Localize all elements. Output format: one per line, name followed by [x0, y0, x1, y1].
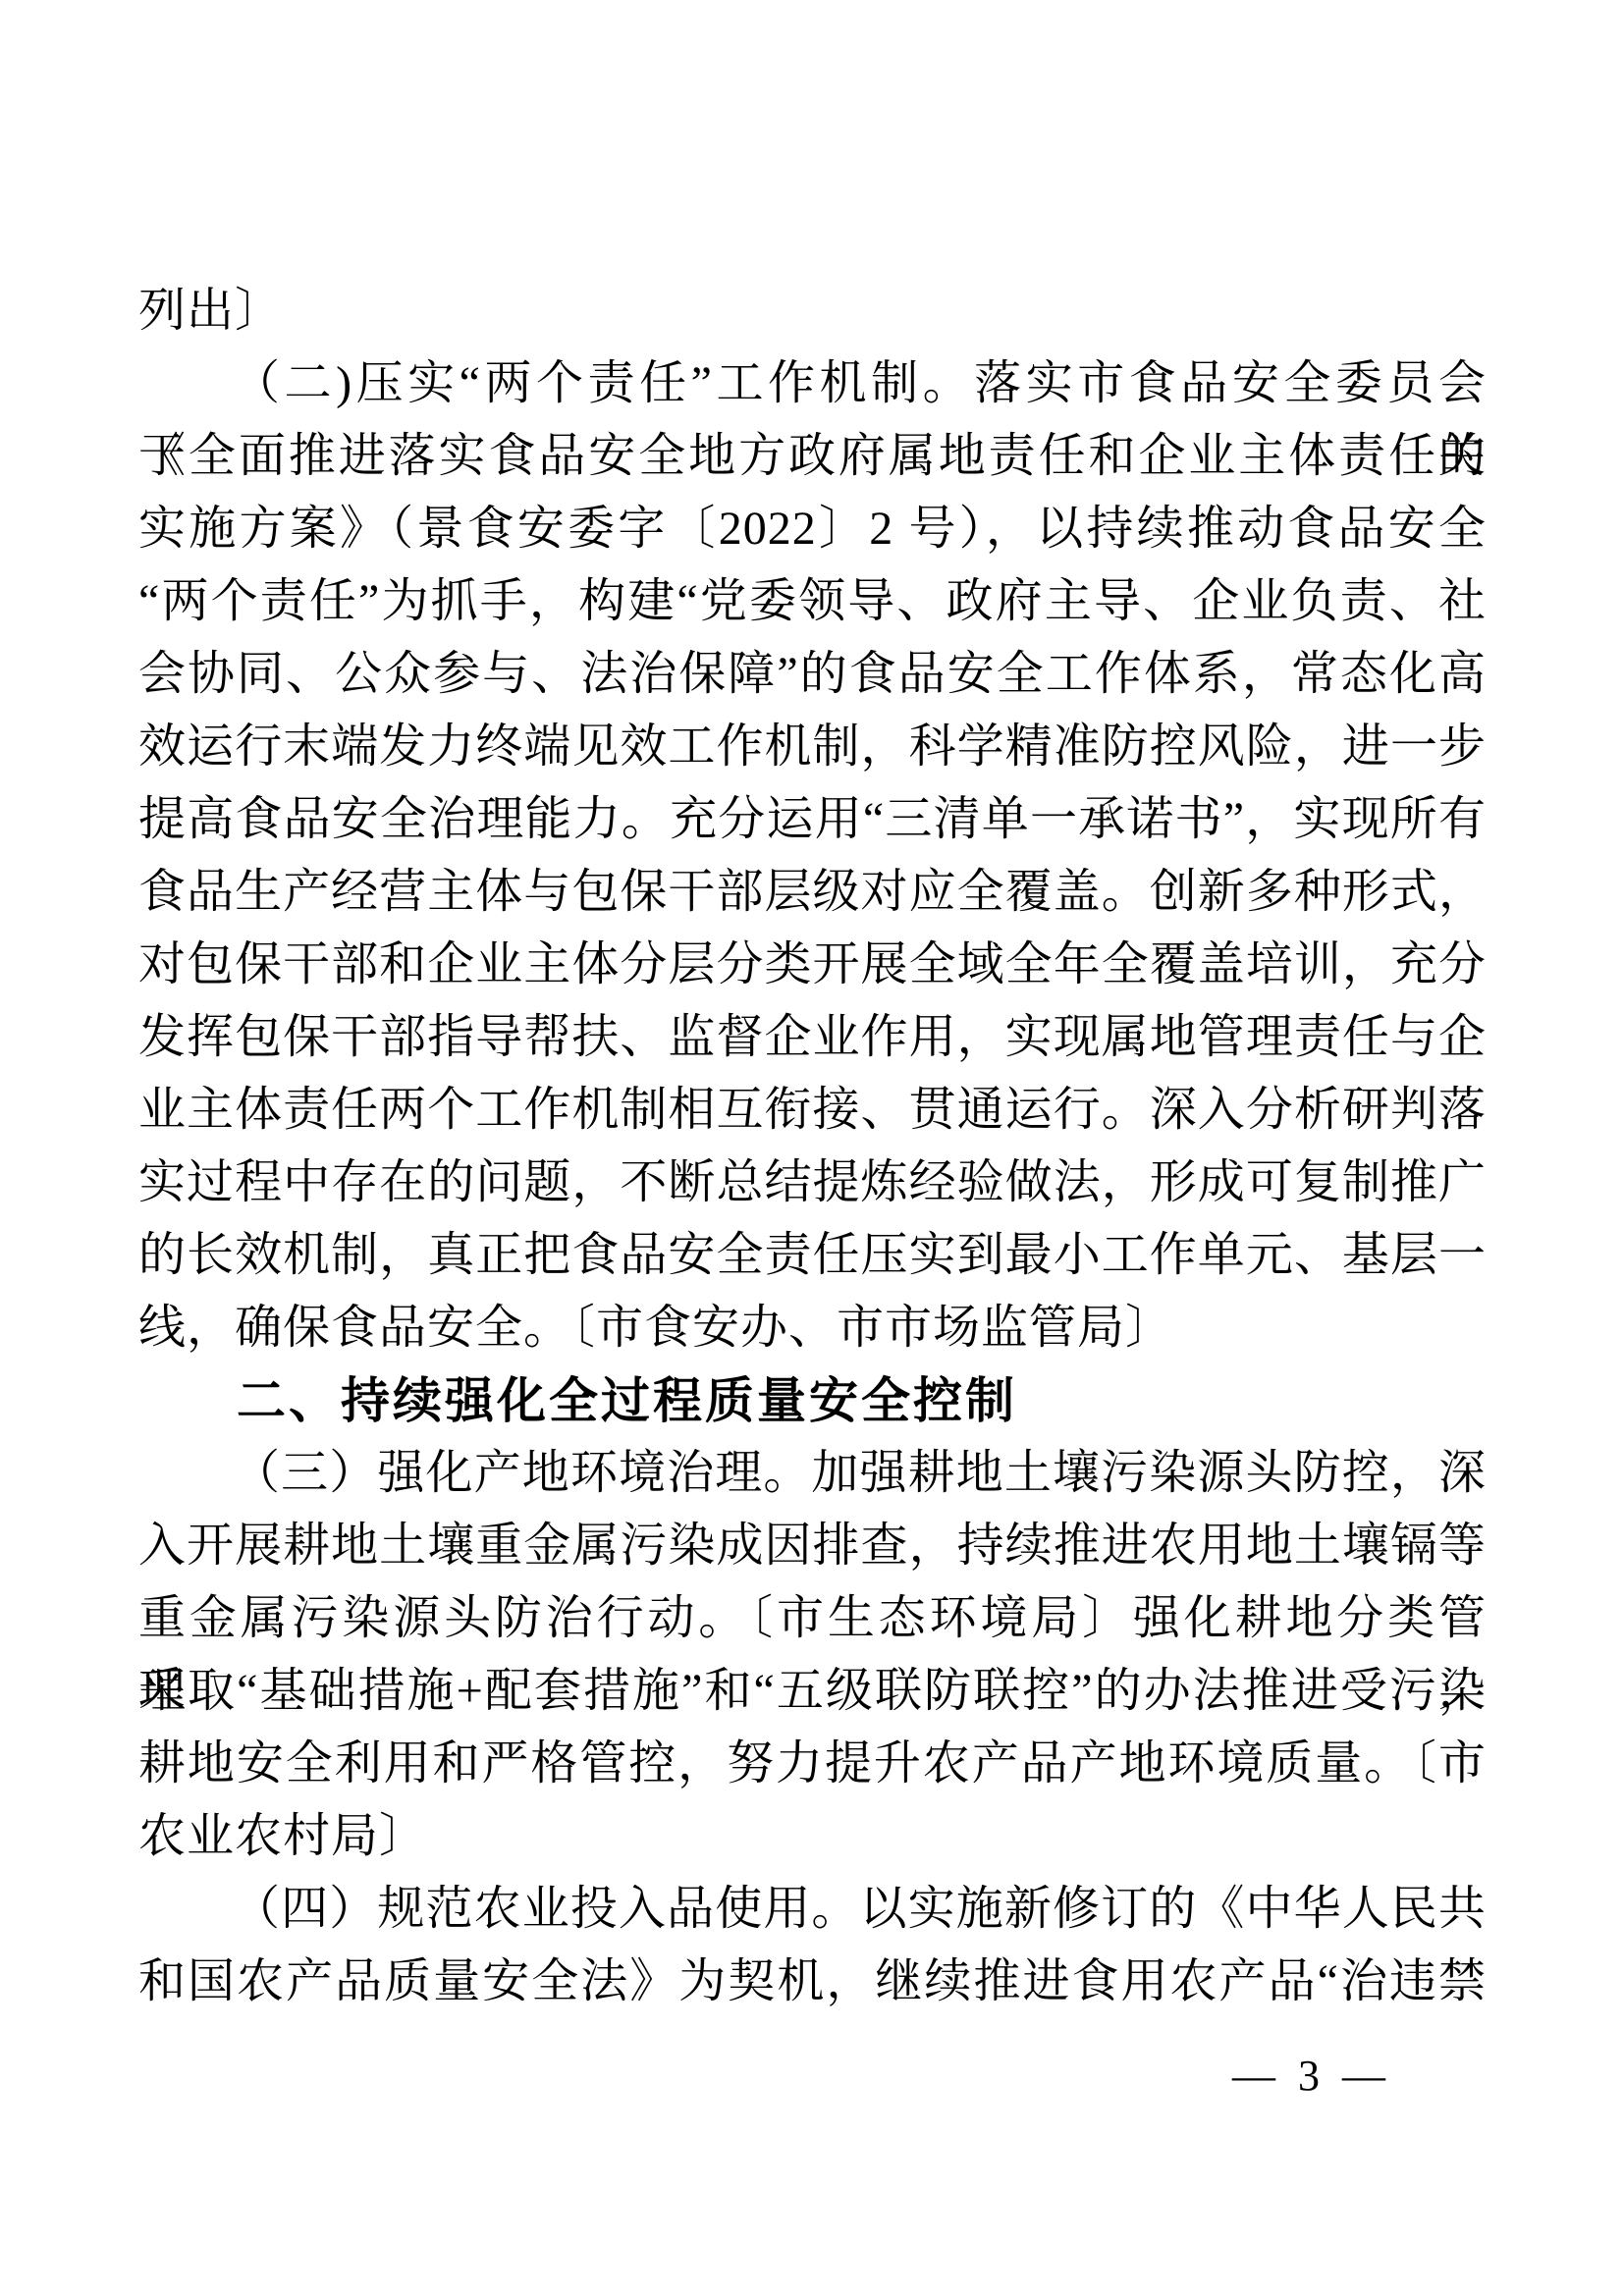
- text-line: 于全面推进落实食品安全地方政府属地责任和企业主体责任的: [138, 420, 1487, 493]
- text-line: “两个责任”为抓手，构建“党委领导、政府主导、企业负责、社: [138, 565, 1487, 638]
- text-line: 农业农村局〕: [138, 1800, 1487, 1873]
- text-line: 耕地安全利用和严格管控，努力提升农产品产地环境质量。〔市: [138, 1728, 1487, 1800]
- text-line: 食品生产经营主体与包保干部层级对应全覆盖。创新多种形式，: [138, 856, 1487, 929]
- text-line: 会协同、公众参与、法治保障”的食品安全工作体系，常态化高: [138, 638, 1487, 711]
- page-number: — 3 —: [1232, 2052, 1391, 2101]
- text-line: 和国农产品质量安全法》为契机，继续推进食用农产品“治违禁: [138, 1946, 1487, 2018]
- text-line: （四）规范农业投入品使用。以实施新修订的《中华人民共: [138, 1873, 1487, 1946]
- text-line: 提高食品安全治理能力。充分运用“三清单一承诺书”，实现所有: [138, 783, 1487, 856]
- document-body: 列出〕（二)压实“两个责任”工作机制。落实市食品安全委员会《关于全面推进落实食品…: [138, 275, 1487, 2018]
- text-line: 重金属污染源头防治行动。〔市生态环境局〕强化耕地分类管理，: [138, 1582, 1487, 1655]
- text-line: 业主体责任两个工作机制相互衔接、贯通运行。深入分析研判落: [138, 1074, 1487, 1147]
- text-line: 对包保干部和企业主体分层分类开展全域全年全覆盖培训，充分: [138, 929, 1487, 1001]
- text-line: 效运行末端发力终端见效工作机制，科学精准防控风险，进一步: [138, 711, 1487, 783]
- text-line: 的长效机制，真正把食品安全责任压实到最小工作单元、基层一: [138, 1219, 1487, 1292]
- text-line: 入开展耕地土壤重金属污染成因排查，持续推进农用地土壤镉等: [138, 1510, 1487, 1582]
- text-line: 线，确保食品安全。〔市食安办、市市场监管局〕: [138, 1292, 1487, 1364]
- text-line: 列出〕: [138, 275, 1487, 347]
- text-line: 发挥包保干部指导帮扶、监督企业作用，实现属地管理责任与企: [138, 1001, 1487, 1074]
- text-line: 实施方案》（景食安委字〔2022〕2 号），以持续推动食品安全: [138, 493, 1487, 565]
- text-line: 采取“基础措施+配套措施”和“五级联防联控”的办法推进受污染: [138, 1655, 1487, 1728]
- text-line: 实过程中存在的问题，不断总结提炼经验做法，形成可复制推广: [138, 1147, 1487, 1219]
- text-line: （二)压实“两个责任”工作机制。落实市食品安全委员会《关: [138, 347, 1487, 420]
- section-heading: 二、持续强化全过程质量安全控制: [138, 1364, 1487, 1437]
- document-page: 列出〕（二)压实“两个责任”工作机制。落实市食品安全委员会《关于全面推进落实食品…: [0, 0, 1623, 2296]
- text-line: （三）强化产地环境治理。加强耕地土壤污染源头防控，深: [138, 1437, 1487, 1510]
